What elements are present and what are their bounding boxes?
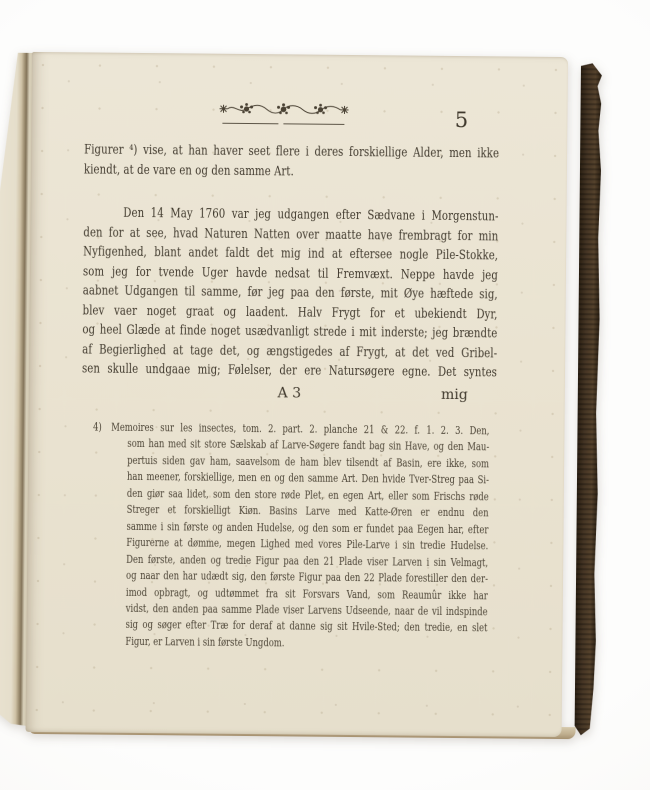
main-paragraph-1: Figurer ⁴) vise, at han haver seet flere… [84,140,499,183]
book: 5 Figurer ⁴) vise, at han haver seet fle… [0,0,650,790]
page-number: 5 [443,107,479,133]
main-paragraph-2: Den 14 May 1760 var jeg udgangen efter S… [82,203,499,382]
text-line: kiendt, at de vare en og den samme Art. [84,160,499,183]
signature-line: A 3 mig [82,382,497,406]
headpiece-ornament-icon [216,100,351,131]
footnote-text: Memoires sur les insectes, tom. 2. part.… [111,421,489,438]
catchword: mig [82,382,497,406]
footnote-marker: 4) [93,421,111,434]
book-page: 5 Figurer ⁴) vise, at han haver seet fle… [26,52,569,737]
text-line: sen skulle undgaae mig; Følelser, der er… [82,359,497,382]
photo-backdrop: 5 Figurer ⁴) vise, at han haver seet fle… [0,0,650,790]
footnote-block: 4)Memoires sur les insectes, tom. 2. par… [125,420,489,654]
main-text: Figurer ⁴) vise, at han haver seet flere… [82,140,499,382]
text-line: Figur, er Larven i sin første Ungdom. [125,634,487,654]
